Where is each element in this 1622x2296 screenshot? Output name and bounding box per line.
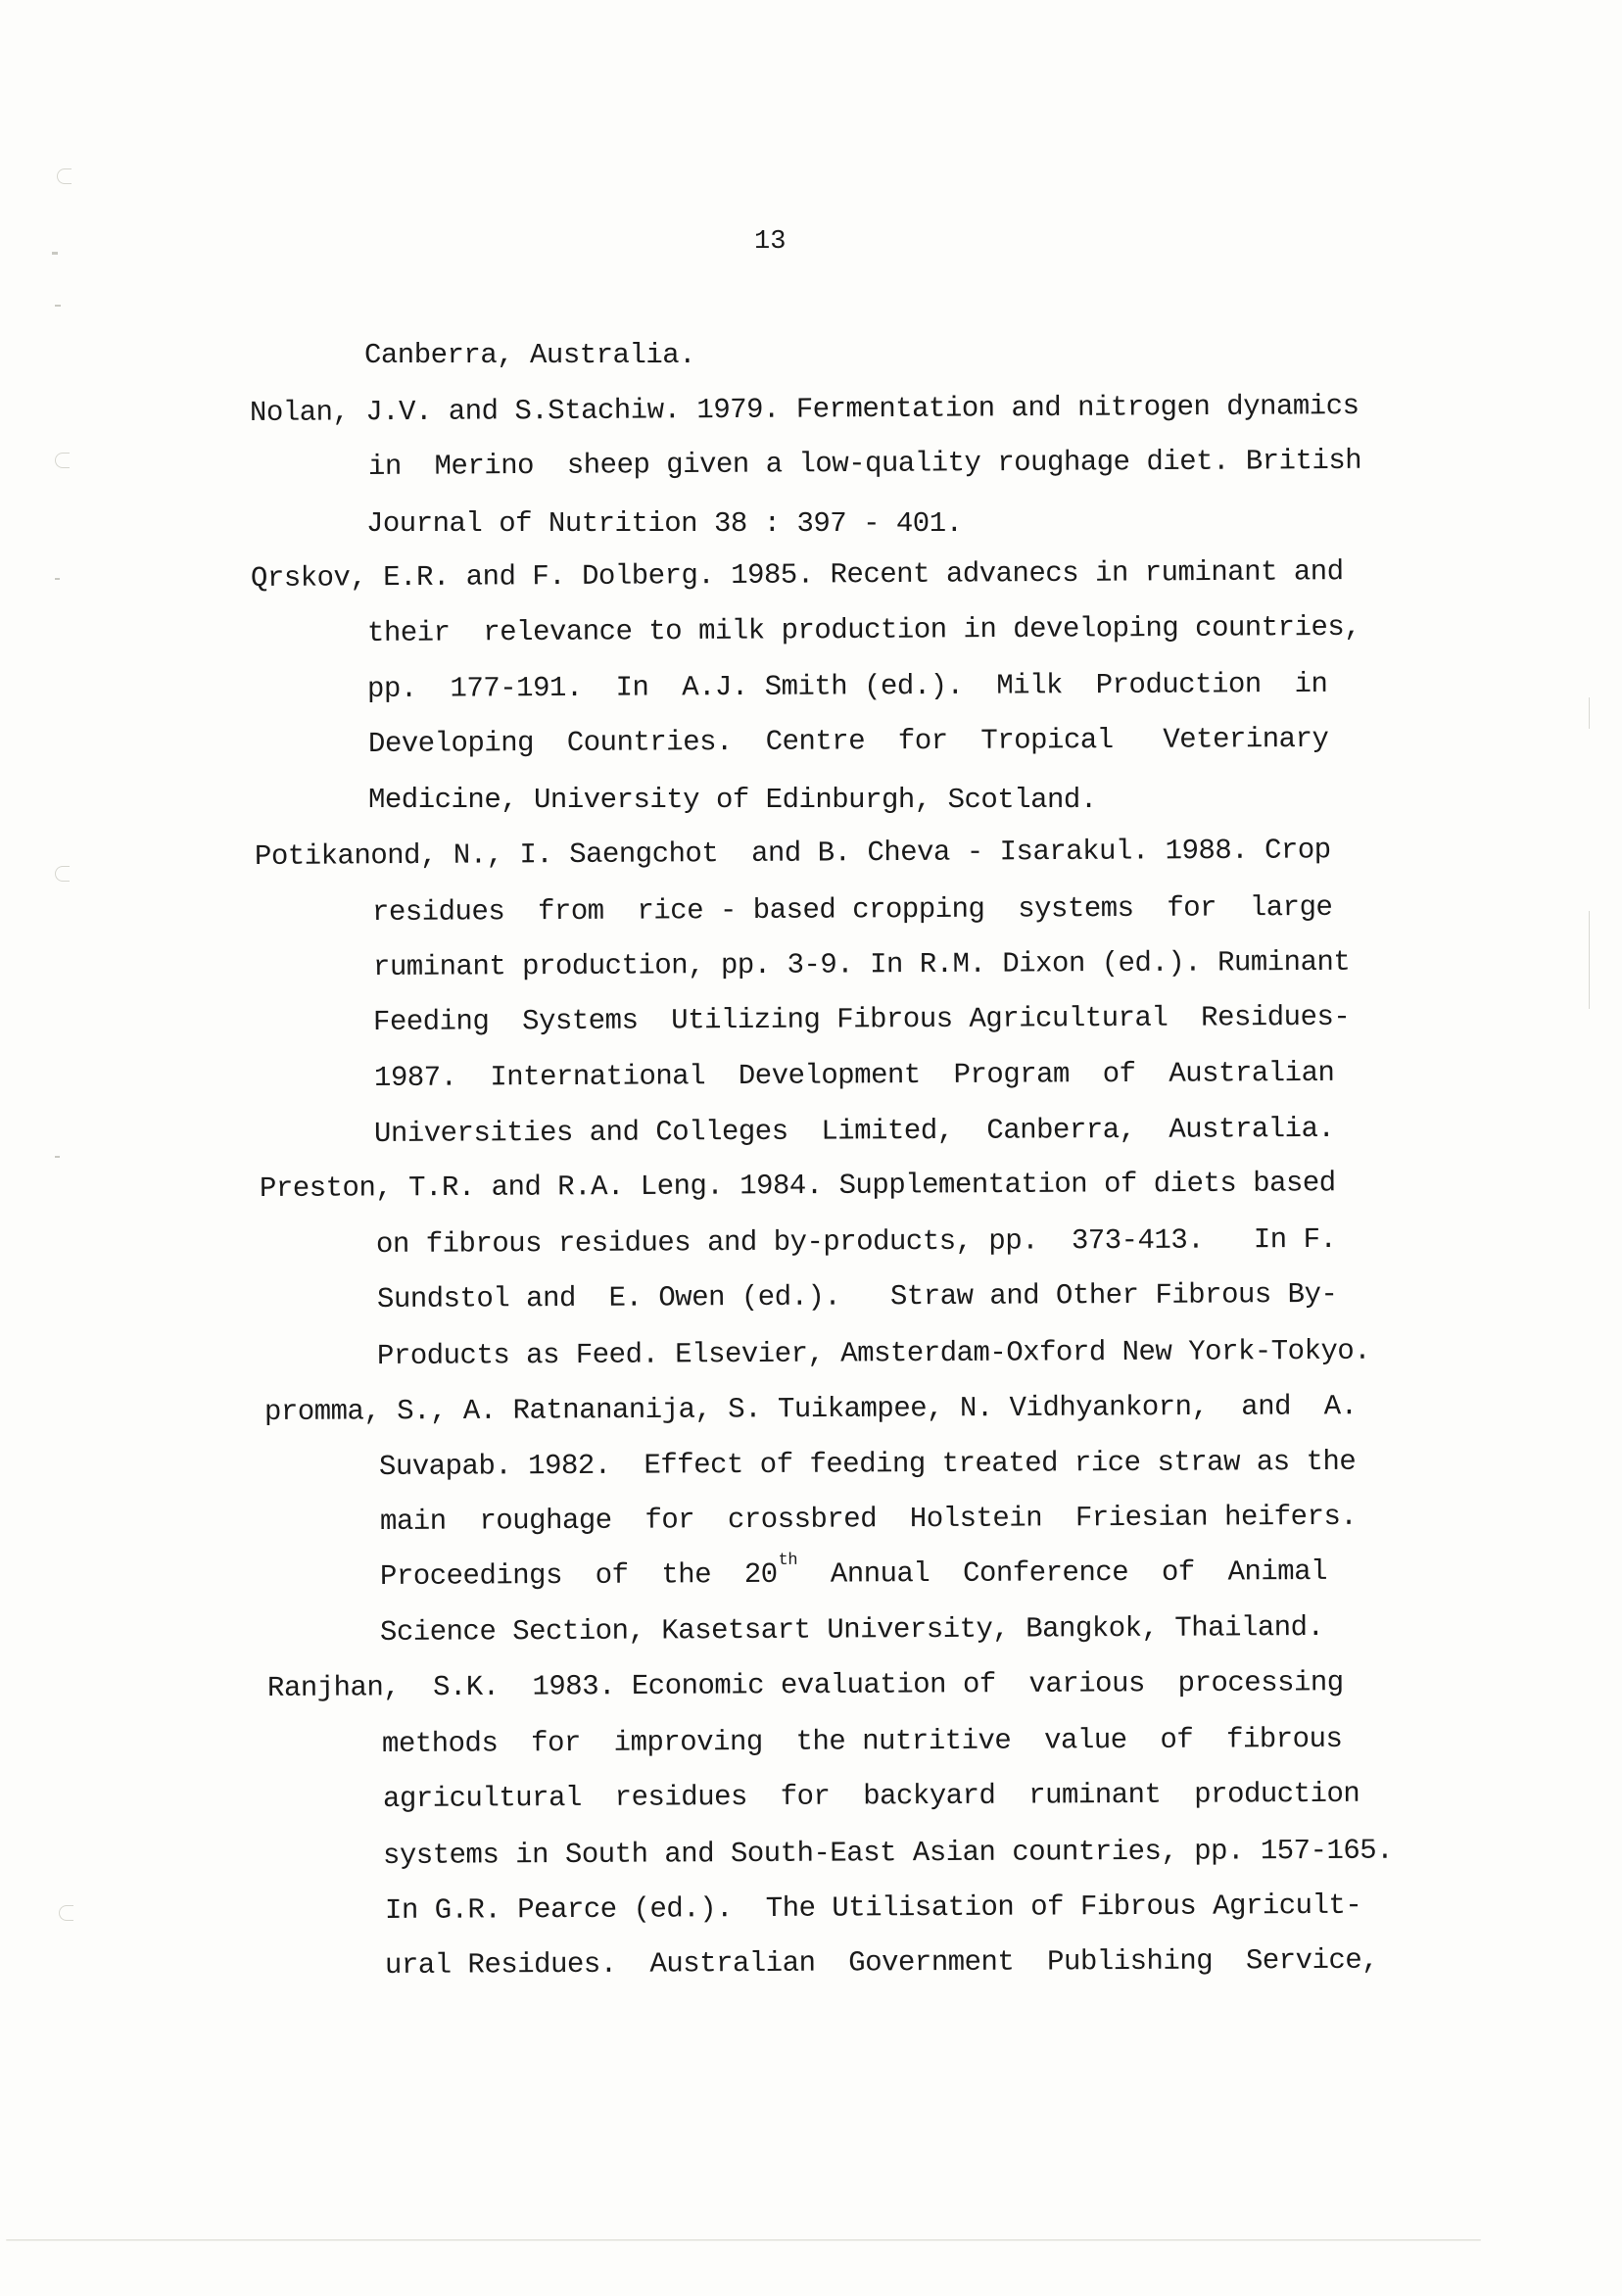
reference-line: in Merino sheep given a low-quality roug… bbox=[368, 445, 1361, 483]
margin-dash-mark bbox=[55, 578, 60, 580]
reference-line: promma, S., A. Ratnananija, S. Tuikampee… bbox=[264, 1390, 1358, 1428]
binder-hole-mark bbox=[57, 168, 72, 184]
reference-line: main roughage for crossbred Holstein Fri… bbox=[380, 1501, 1357, 1538]
reference-line: Suvapab. 1982. Effect of feeding treated… bbox=[379, 1446, 1356, 1483]
reference-line: Science Section, Kasetsart University, B… bbox=[380, 1611, 1324, 1649]
margin-dash-mark bbox=[55, 305, 61, 307]
reference-line: Qrskov, E.R. and F. Dolberg. 1985. Recen… bbox=[251, 555, 1344, 595]
right-margin-mark bbox=[1589, 697, 1590, 729]
reference-line: Proceedings of the 20th Annual Conferenc… bbox=[380, 1555, 1327, 1593]
ordinal-superscript: th bbox=[779, 1552, 798, 1570]
reference-line: Universities and Colleges Limited, Canbe… bbox=[374, 1113, 1335, 1150]
page-number: 13 bbox=[754, 227, 786, 257]
reference-line: Medicine, University of Edinburgh, Scotl… bbox=[368, 784, 1097, 816]
reference-line: Sundstol and E. Owen (ed.). Straw and Ot… bbox=[377, 1278, 1338, 1315]
reference-line: Developing Countries. Centre for Tropica… bbox=[368, 723, 1329, 760]
page-bottom-edge bbox=[6, 2239, 1481, 2241]
reference-line: Feeding Systems Utilizing Fibrous Agricu… bbox=[373, 1001, 1350, 1038]
reference-line: methods for improving the nutritive valu… bbox=[382, 1723, 1343, 1760]
reference-continuation: Canberra, Australia. bbox=[364, 339, 695, 371]
reference-line: 1987. International Development Program … bbox=[374, 1057, 1335, 1094]
reference-line: Products as Feed. Elsevier, Amsterdam-Ox… bbox=[377, 1335, 1370, 1372]
reference-text: Proceedings of the 20 bbox=[380, 1558, 778, 1593]
reference-line: Potikanond, N., I. Saengchot and B. Chev… bbox=[255, 834, 1331, 873]
reference-line: Journal of Nutrition 38 : 397 - 401. bbox=[366, 507, 963, 540]
reference-line: systems in South and South-East Asian co… bbox=[383, 1835, 1393, 1872]
reference-line: residues from rice - based cropping syst… bbox=[372, 891, 1333, 929]
margin-dash-mark bbox=[52, 252, 58, 255]
reference-line: agricultural residues for backyard rumin… bbox=[383, 1778, 1360, 1815]
reference-line: Nolan, J.V. and S.Stachiw. 1979. Ferment… bbox=[250, 390, 1360, 429]
document-page: 13 Canberra, Australia. Nolan, J.V. and … bbox=[0, 0, 1622, 2296]
margin-dash-mark bbox=[55, 1156, 60, 1158]
reference-line: ruminant production, pp. 3-9. In R.M. Di… bbox=[373, 946, 1350, 983]
reference-line: ural Residues. Australian Government Pub… bbox=[385, 1944, 1378, 1982]
reference-line: Ranjhan, S.K. 1983. Economic evaluation … bbox=[267, 1666, 1344, 1704]
binder-hole-mark bbox=[59, 1905, 73, 1921]
reference-text: Annual Conference of Animal bbox=[797, 1555, 1327, 1591]
reference-line: pp. 177-191. In A.J. Smith (ed.). Milk P… bbox=[367, 668, 1328, 705]
right-margin-mark bbox=[1589, 911, 1590, 1009]
reference-line: Preston, T.R. and R.A. Leng. 1984. Suppl… bbox=[260, 1167, 1336, 1205]
binder-hole-mark bbox=[55, 453, 70, 468]
reference-line: In G.R. Pearce (ed.). The Utilisation of… bbox=[385, 1889, 1361, 1927]
reference-line: on fibrous residues and by-products, pp.… bbox=[376, 1223, 1337, 1261]
binder-hole-mark bbox=[55, 866, 70, 882]
reference-line: their relevance to milk production in de… bbox=[367, 611, 1360, 649]
